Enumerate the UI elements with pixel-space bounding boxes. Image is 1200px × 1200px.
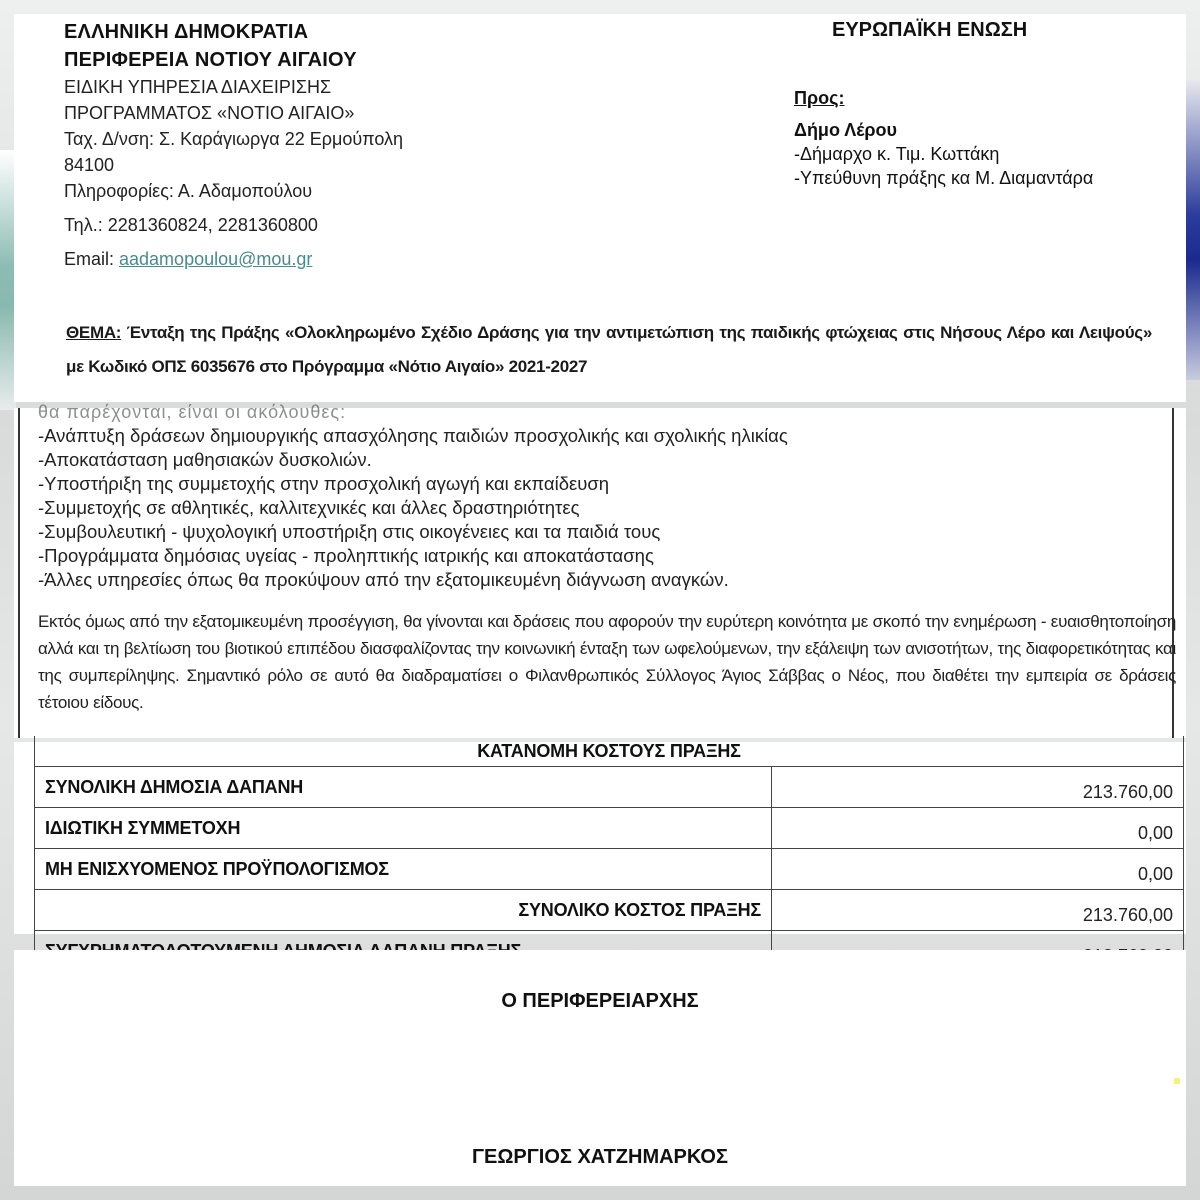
- decorative-blue-stripe: [1184, 80, 1200, 380]
- recipient-line-mayor: -Δήμαρχο κ. Τιμ. Κωττάκη: [794, 142, 1093, 166]
- list-item: -Αποκατάσταση μαθησιακών δυσκολιών.: [38, 448, 788, 472]
- signatory-title: Ο ΠΕΡΙΦΕΡΕΙΑΡΧΗΣ: [14, 990, 1186, 1013]
- sender-country: ΕΛΛΗΝΙΚΗ ΔΗΜΟΚΡΑΤΙΑ: [64, 18, 403, 46]
- row-label: ΣΥΝΟΛΙΚΟ ΚΟΣΤΟΣ ΠΡΑΞΗΣ: [35, 890, 772, 931]
- sender-email-line: Email: aadamopoulou@mou.gr: [64, 246, 403, 272]
- row-value: 213.760,00: [772, 767, 1184, 808]
- table-title: ΚΑΤΑΝΟΜΗ ΚΟΣΤΟΥΣ ΠΡΑΞΗΣ: [35, 736, 1184, 767]
- row-value: 0,00: [772, 849, 1184, 890]
- table-title-row: ΚΑΤΑΝΟΜΗ ΚΟΣΤΟΥΣ ΠΡΑΞΗΣ: [35, 736, 1184, 767]
- table-row: ΣΥΝΟΛΙΚΗ ΔΗΜΟΣΙΑ ΔΑΠΑΝΗ 213.760,00: [35, 767, 1184, 808]
- body-excerpt-panel: θα παρέχονται, είναι οι ακόλουθες: -Ανάπ…: [14, 408, 1186, 738]
- signatory-name: ΓΕΩΡΓΙΟΣ ΧΑΤΖΗΜΑΡΚΟΣ: [14, 1146, 1186, 1169]
- list-item: -Προγράμματα δημόσιας υγείας - προληπτικ…: [38, 544, 788, 568]
- body-paragraph: Εκτός όμως από την εξατομικευμένη προσέγ…: [38, 608, 1176, 716]
- eu-heading: ΕΥΡΩΠΑΪΚΗ ΕΝΩΣΗ: [832, 16, 1027, 44]
- letter-header-panel: ΕΛΛΗΝΙΚΗ ΔΗΜΟΚΡΑΤΙΑ ΠΕΡΙΦΕΡΕΙΑ ΝΟΤΙΟΥ ΑΙ…: [14, 14, 1186, 402]
- table-row: ΜΗ ΕΝΙΣΧΥΟΜΕΝΟΣ ΠΡΟΫΠΟΛΟΓΙΣΜΟΣ 0,00: [35, 849, 1184, 890]
- subject-text: Ένταξη της Πράξης «Ολοκληρωμένο Σχέδιο Δ…: [66, 323, 1152, 376]
- list-item: -Συμβουλευτική - ψυχολογική υποστήριξη σ…: [38, 520, 788, 544]
- signature-panel: Ο ΠΕΡΙΦΕΡΕΙΑΡΧΗΣ ΓΕΩΡΓΙΟΣ ΧΑΤΖΗΜΑΡΚΟΣ: [14, 950, 1186, 1186]
- list-item: -Συμμετοχής σε αθλητικές, καλλιτεχνικές …: [38, 496, 788, 520]
- services-list: -Ανάπτυξη δράσεων δημιουργικής απασχόλησ…: [38, 424, 788, 592]
- recipient-line-manager: -Υπεύθυνη πράξης κα Μ. Διαμαντάρα: [794, 166, 1093, 190]
- recipient-label: Προς:: [794, 86, 1093, 110]
- table-row-total: ΣΥΝΟΛΙΚΟ ΚΟΣΤΟΣ ΠΡΑΞΗΣ 213.760,00: [35, 890, 1184, 931]
- sender-block: ΕΛΛΗΝΙΚΗ ΔΗΜΟΚΡΑΤΙΑ ΠΕΡΙΦΕΡΕΙΑ ΝΟΤΙΟΥ ΑΙ…: [64, 18, 403, 272]
- subject-label: ΘΕΜΑ:: [66, 323, 121, 342]
- sender-postcode: 84100: [64, 152, 403, 178]
- table-row: ΙΔΙΩΤΙΚΗ ΣΥΜΜΕΤΟΧΗ 0,00: [35, 808, 1184, 849]
- list-item: -Υποστήριξη της συμμετοχής στην προσχολι…: [38, 472, 788, 496]
- sender-phone: Τηλ.: 2281360824, 2281360800: [64, 212, 403, 238]
- list-item: -Άλλες υπηρεσίες όπως θα προκύψουν από τ…: [38, 568, 788, 592]
- sender-region: ΠΕΡΙΦΕΡΕΙΑ ΝΟΤΙΟΥ ΑΙΓΑΙΟΥ: [64, 46, 403, 74]
- recipient-name: Δήμο Λέρου: [794, 118, 1093, 142]
- cost-allocation-table: ΚΑΤΑΝΟΜΗ ΚΟΣΤΟΥΣ ΠΡΑΞΗΣ ΣΥΝΟΛΙΚΗ ΔΗΜΟΣΙΑ…: [34, 736, 1184, 972]
- subject-line: ΘΕΜΑ: Ένταξη της Πράξης «Ολοκληρωμένο Σχ…: [66, 316, 1152, 384]
- list-item: -Ανάπτυξη δράσεων δημιουργικής απασχόλησ…: [38, 424, 788, 448]
- sender-programme: ΠΡΟΓΡΑΜΜΑΤΟΣ «ΝΟΤΙΟ ΑΙΓΑΙΟ»: [64, 100, 403, 126]
- cost-table-panel: ΚΑΤΑΝΟΜΗ ΚΟΣΤΟΥΣ ΠΡΑΞΗΣ ΣΥΝΟΛΙΚΗ ΔΗΜΟΣΙΑ…: [14, 742, 1186, 934]
- row-value: 213.760,00: [772, 890, 1184, 931]
- cut-off-text: θα παρέχονται, είναι οι ακόλουθες:: [38, 402, 346, 423]
- sender-service: ΕΙΔΙΚΗ ΥΠΗΡΕΣΙΑ ΔΙΑΧΕΙΡΙΣΗΣ: [64, 74, 403, 100]
- highlight-mark: [1174, 1078, 1180, 1084]
- row-value: 0,00: [772, 808, 1184, 849]
- email-label: Email:: [64, 249, 119, 269]
- recipient-block: Προς: Δήμο Λέρου -Δήμαρχο κ. Τιμ. Κωττάκ…: [794, 86, 1093, 190]
- sender-info: Πληροφορίες: Α. Αδαμοπούλου: [64, 178, 403, 204]
- body-frame: θα παρέχονται, είναι οι ακόλουθες: -Ανάπ…: [18, 408, 1174, 738]
- email-link[interactable]: aadamopoulou@mou.gr: [119, 249, 312, 269]
- row-label: ΙΔΙΩΤΙΚΗ ΣΥΜΜΕΤΟΧΗ: [35, 808, 772, 849]
- row-label: ΣΥΝΟΛΙΚΗ ΔΗΜΟΣΙΑ ΔΑΠΑΝΗ: [35, 767, 772, 808]
- sender-address: Ταχ. Δ/νση: Σ. Καράγιωργα 22 Ερμούπολη: [64, 126, 403, 152]
- row-label: ΜΗ ΕΝΙΣΧΥΟΜΕΝΟΣ ΠΡΟΫΠΟΛΟΓΙΣΜΟΣ: [35, 849, 772, 890]
